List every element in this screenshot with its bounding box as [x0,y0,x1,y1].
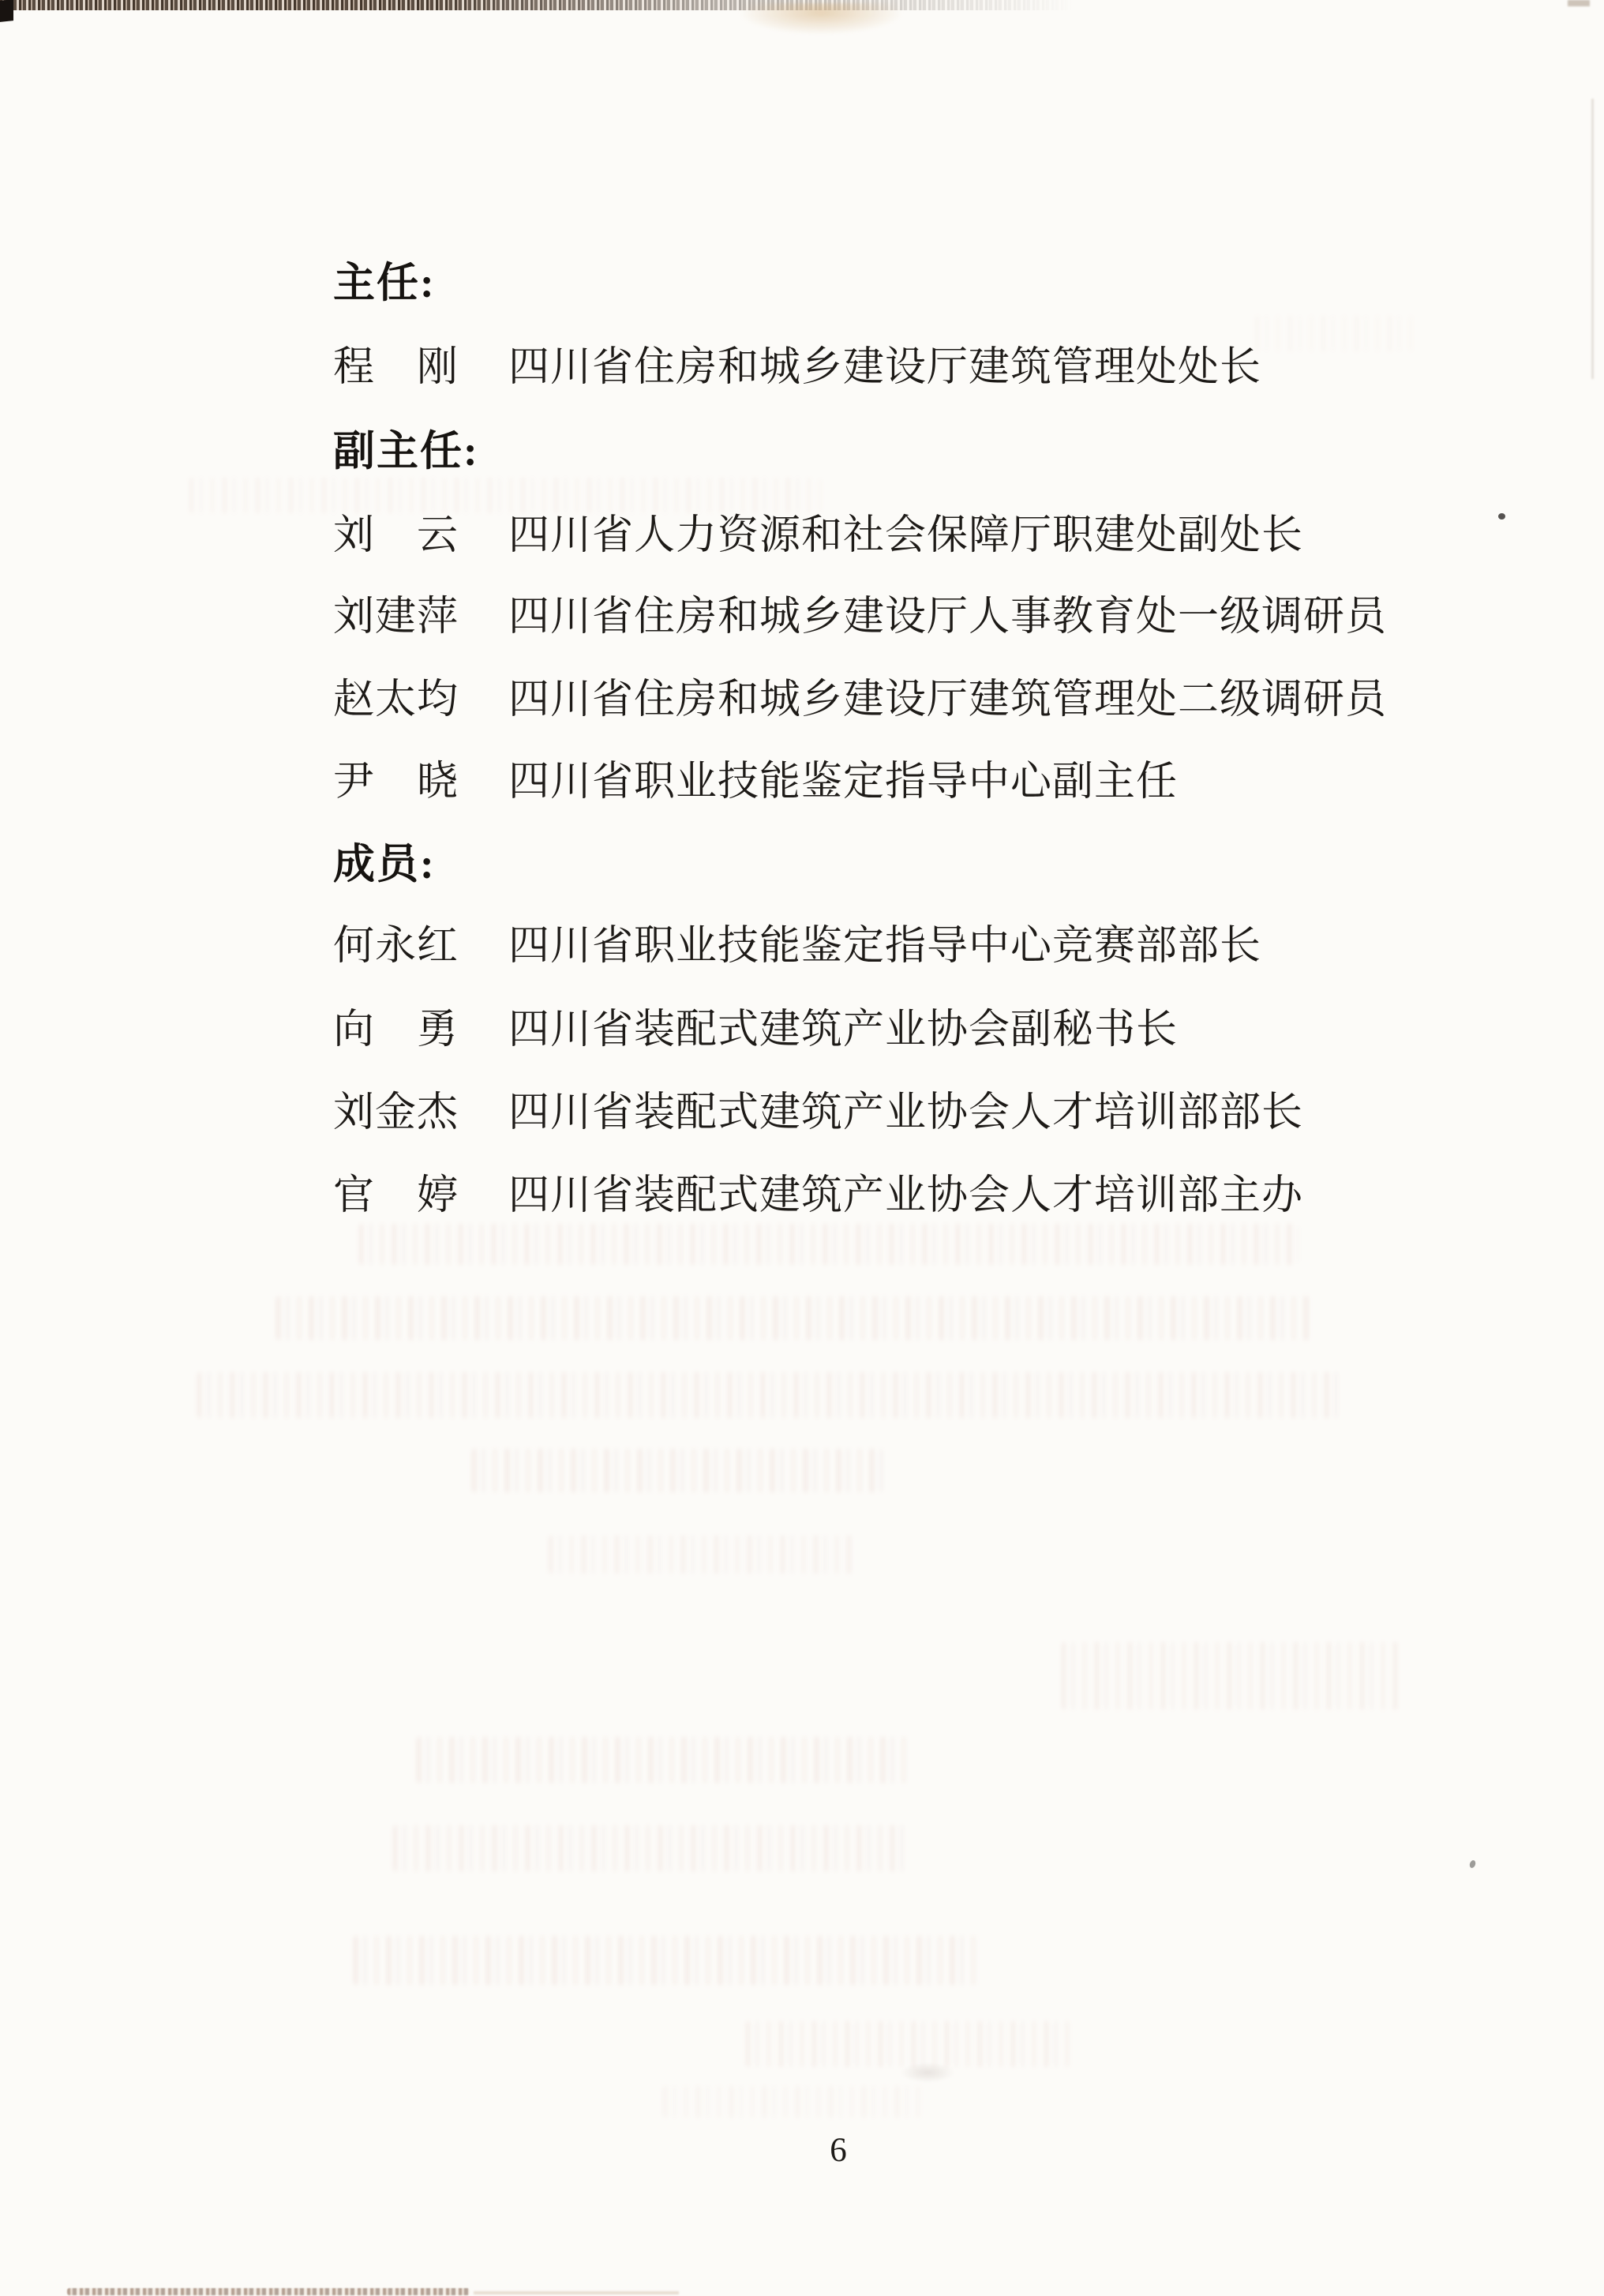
ink-dot-artifact [1498,513,1505,520]
section-heading-members: 成员: [333,842,436,887]
bleedthrough-row [472,1449,883,1492]
member-name: 刘 云 [333,513,458,559]
scan-bottom-edge-artifact [67,2288,470,2295]
member-title: 四川省职业技能鉴定指导中心竞赛部部长 [508,924,1261,970]
member-row: 赵太均 四川省住房和城乡建设厅建筑管理处二级调研员 [333,677,1387,723]
member-name: 何永红 [333,924,458,970]
bleedthrough-row [354,1936,977,1985]
member-row: 何永红 四川省职业技能鉴定指导中心竞赛部部长 [333,924,1261,970]
bleedthrough-row [1062,1642,1401,1709]
member-title: 四川省住房和城乡建设厅建筑管理处处长 [508,345,1261,391]
member-title: 四川省装配式建筑产业协会人才培训部部长 [508,1090,1303,1136]
member-title: 四川省职业技能鉴定指导中心副主任 [508,760,1178,805]
member-name: 向 勇 [333,1007,458,1053]
member-title: 四川省装配式建筑产业协会人才培训部主办 [508,1173,1303,1219]
scan-top-edge-artifact [0,0,1074,10]
page-number: 6 [823,2132,854,2169]
member-name: 刘金杰 [333,1090,458,1136]
bleedthrough-row [189,478,821,513]
bleedthrough-row [746,2021,1070,2067]
member-title: 四川省住房和城乡建设厅建筑管理处二级调研员 [508,677,1387,723]
member-name: 尹 晓 [333,760,458,805]
scan-nick-artifact [1568,0,1590,6]
member-row: 程 刚 四川省住房和城乡建设厅建筑管理处处长 [333,345,1261,391]
bleedthrough-row [359,1224,1299,1265]
member-name: 程 刚 [333,345,458,391]
bleedthrough-row [549,1536,856,1574]
member-title: 四川省装配式建筑产业协会副秘书长 [508,1007,1178,1053]
member-row: 刘建萍 四川省住房和城乡建设厅人事教育处一级调研员 [333,595,1387,640]
member-title: 四川省人力资源和社会保障厅职建处副处长 [508,513,1303,559]
scan-bottom-edge-artifact [474,2291,679,2294]
member-name: 刘建萍 [333,595,458,640]
member-title: 四川省住房和城乡建设厅人事教育处一级调研员 [508,595,1387,640]
member-row: 向 勇 四川省装配式建筑产业协会副秘书长 [333,1007,1178,1053]
scanned-document-page: 主任: 程 刚 四川省住房和城乡建设厅建筑管理处处长 副主任: 刘 云 四川省人… [0,0,1604,2296]
member-row: 官 婷 四川省装配式建筑产业协会人才培训部主办 [333,1173,1303,1219]
member-row: 尹 晓 四川省职业技能鉴定指导中心副主任 [333,760,1178,805]
scan-smudge-artifact [738,3,904,35]
section-heading-director: 主任: [333,261,436,306]
section-heading-deputy-directors: 副主任: [333,429,479,475]
scan-corner-mark-artifact [0,0,13,22]
scan-speck-artifact [900,2062,955,2083]
bleedthrough-row [393,1825,906,1871]
member-row: 刘金杰 四川省装配式建筑产业协会人才培训部部长 [333,1090,1303,1136]
bleedthrough-row [276,1296,1310,1340]
member-row: 刘 云 四川省人力资源和社会保障厅职建处副处长 [333,513,1303,559]
scan-right-edge-artifact [1591,99,1594,379]
member-name: 赵太均 [333,677,458,723]
member-name: 官 婷 [333,1173,458,1219]
bleedthrough-row [663,2086,924,2118]
ink-dot-artifact [1469,1859,1477,1869]
bleedthrough-row [417,1737,910,1783]
bleedthrough-row [1255,316,1413,351]
bleedthrough-row [197,1372,1342,1418]
